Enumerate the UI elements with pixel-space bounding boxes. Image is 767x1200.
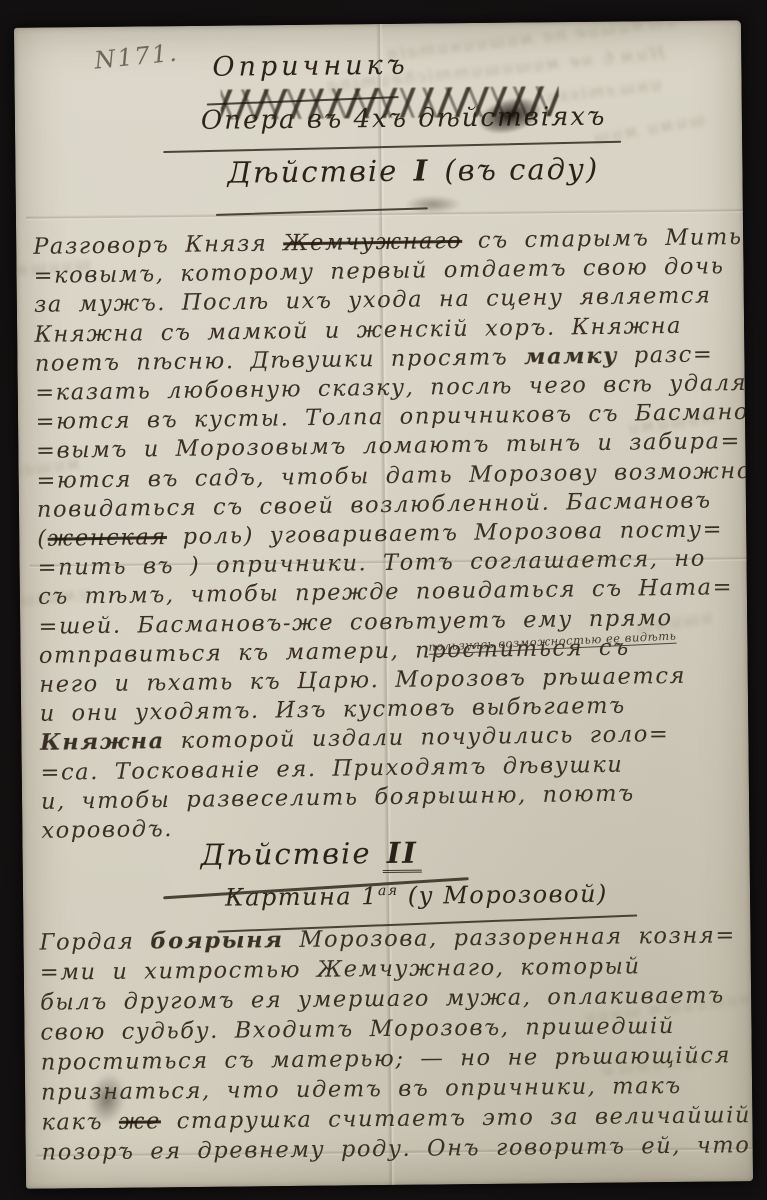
manuscript-page: ишмишие на мишииниmain Нимも не мишишитmi… [14, 20, 753, 1189]
act2-number: II [383, 836, 423, 873]
text-segment: разс= [618, 341, 714, 368]
scene-heading: Картина 1ая (у Морозовой) [225, 880, 608, 912]
overwritten-text: Княжна [40, 729, 165, 757]
text-segment: =ми и хитростью Жемчужнаго, который [40, 953, 641, 985]
overwritten-text: мамку [524, 343, 618, 370]
text-segment: поетъ пѣсню. Дѣвушки просятъ [35, 344, 525, 377]
text-segment: хороводъ. [41, 816, 173, 844]
text-segment: старушка считаетъ это за величайшій [161, 1102, 751, 1134]
overwritten-text: боярыня [150, 927, 284, 954]
struck-text: Жемчужнаго [283, 228, 462, 256]
act2-heading-label: Дѣйствіе [200, 836, 371, 872]
act1-heading-label: Дѣйствіе [227, 154, 398, 190]
page-layer: ишмишие на мишииниmain Нимも не мишишитmi… [24, 20, 753, 1188]
archive-number: N171. [93, 39, 180, 75]
text-segment: Гордая [39, 928, 150, 955]
manuscript-line: позоръ ея древнему роду. Онъ говоритъ ей… [42, 1130, 750, 1167]
text-segment: съ старымъ Мить= [462, 224, 753, 254]
scene-location: (у Морозовой) [408, 880, 608, 910]
text-segment: позоръ ея древнему роду. Онъ говоритъ ей… [42, 1132, 751, 1165]
subtitle: Опера въ 4хъ дѣйствіяхъ [201, 102, 607, 136]
text-segment: какъ [41, 1109, 119, 1136]
scene-label: Картина 1 [225, 882, 378, 912]
scene-ordinal-suffix: ая [378, 883, 399, 899]
act1-synopsis: Разговоръ Князя Жемчужнаго съ старымъ Ми… [33, 223, 747, 846]
act2-heading: Дѣйствіе II [200, 836, 422, 872]
text-segment: признаться, что идетъ въ опричники, такъ [41, 1073, 682, 1106]
text-segment: свою судьбу. Входитъ Морозовъ, пришедшій [40, 1013, 675, 1046]
struck-text: же [119, 1108, 161, 1134]
act1-location: (въ саду) [444, 152, 599, 188]
text-segment: Морозова, раззоренная козня= [283, 922, 736, 953]
act1-number: I [409, 153, 433, 187]
text-segment: Разговоръ Князя [33, 230, 283, 259]
page-title: Опричникъ [212, 50, 409, 83]
act2-synopsis: Гордая боярыня Морозова, раззоренная коз… [39, 920, 749, 1167]
struck-text: женская [48, 524, 168, 552]
act1-heading: Дѣйствіе I (въ саду) [227, 152, 599, 190]
text-segment: которой издали почудились голо= [165, 722, 670, 755]
